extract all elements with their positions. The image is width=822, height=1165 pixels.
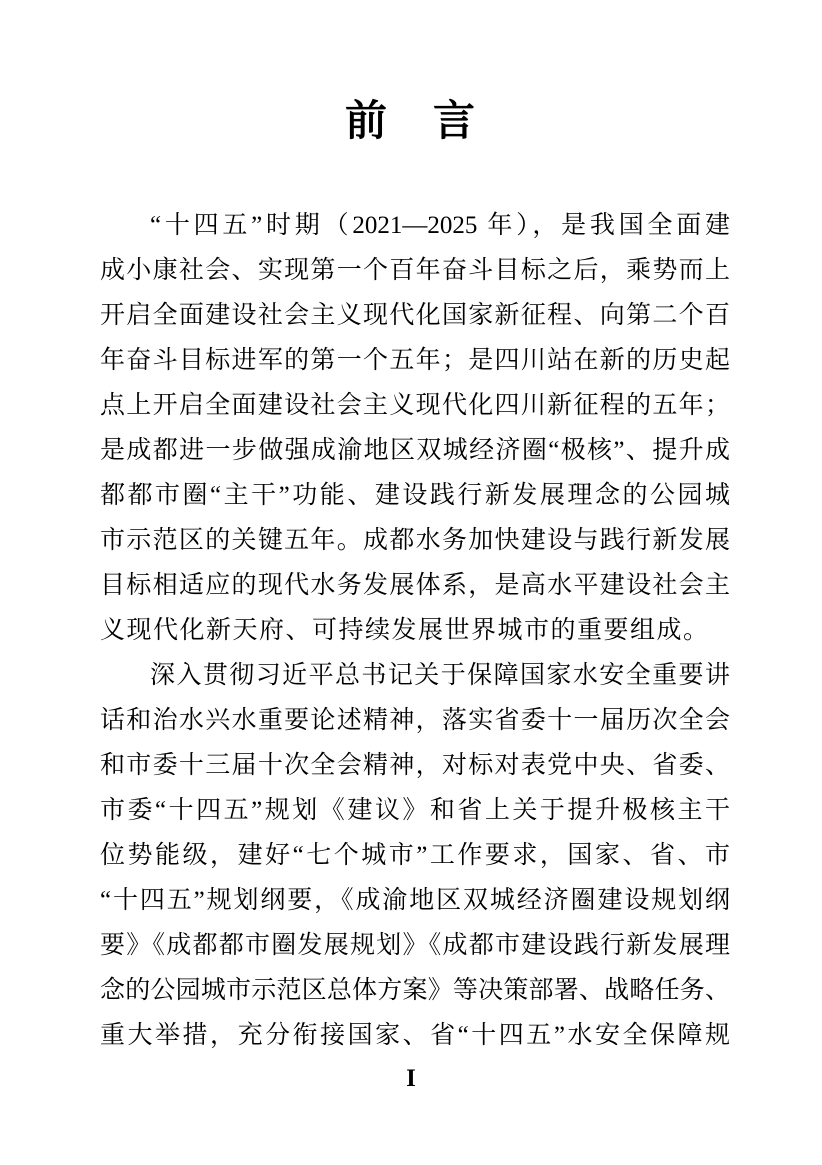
text-line: 成小康社会、实现第一个百年奋斗目标之后，乘势而上	[100, 248, 730, 293]
text-line: 义现代化新天府、可持续发展世界城市的重要组成。	[100, 608, 730, 653]
text-line: 和市委十三届十次全会精神，对标对表党中央、省委、	[100, 743, 730, 788]
document-body: “十四五”时期（2021—2025 年），是我国全面建 成小康社会、实现第一个百…	[100, 203, 730, 1058]
document-page: 前 言 “十四五”时期（2021—2025 年），是我国全面建 成小康社会、实现…	[0, 0, 822, 1165]
text-line: 年奋斗目标进军的第一个五年；是四川站在新的历史起	[100, 338, 730, 383]
text-line: 都都市圈“主干”功能、建设践行新发展理念的公园城	[100, 473, 730, 518]
text-line: “十四五”规划纲要，《成渝地区双城经济圈建设规划纲	[100, 878, 730, 923]
text-line: “十四五”时期（2021—2025 年），是我国全面建	[100, 203, 730, 248]
page-title: 前 言	[0, 96, 822, 146]
text-line: 市示范区的关键五年。成都水务加快建设与践行新发展	[100, 518, 730, 563]
text-line: 是成都进一步做强成渝地区双城经济圈“极核”、提升成	[100, 428, 730, 473]
paragraph-1: “十四五”时期（2021—2025 年），是我国全面建 成小康社会、实现第一个百…	[100, 203, 730, 653]
page-number: I	[0, 1065, 822, 1093]
text-line: 点上开启全面建设社会主义现代化四川新征程的五年；	[100, 383, 730, 428]
text-line: 念的公园城市示范区总体方案》等决策部署、战略任务、	[100, 968, 730, 1013]
text-line: 重大举措，充分衔接国家、省“十四五”水安全保障规	[100, 1013, 730, 1058]
paragraph-2: 深入贯彻习近平总书记关于保障国家水安全重要讲 话和治水兴水重要论述精神，落实省委…	[100, 653, 730, 1058]
text-line: 位势能级，建好“七个城市”工作要求，国家、省、市	[100, 833, 730, 878]
text-line: 话和治水兴水重要论述精神，落实省委十一届历次全会	[100, 698, 730, 743]
text-line: 要》《成都都市圈发展规划》《成都市建设践行新发展理	[100, 923, 730, 968]
text-line: 深入贯彻习近平总书记关于保障国家水安全重要讲	[100, 653, 730, 698]
text-line: 目标相适应的现代水务发展体系，是高水平建设社会主	[100, 563, 730, 608]
text-line: 开启全面建设社会主义现代化国家新征程、向第二个百	[100, 293, 730, 338]
text-line: 市委“十四五”规划《建议》和省上关于提升极核主干	[100, 788, 730, 833]
